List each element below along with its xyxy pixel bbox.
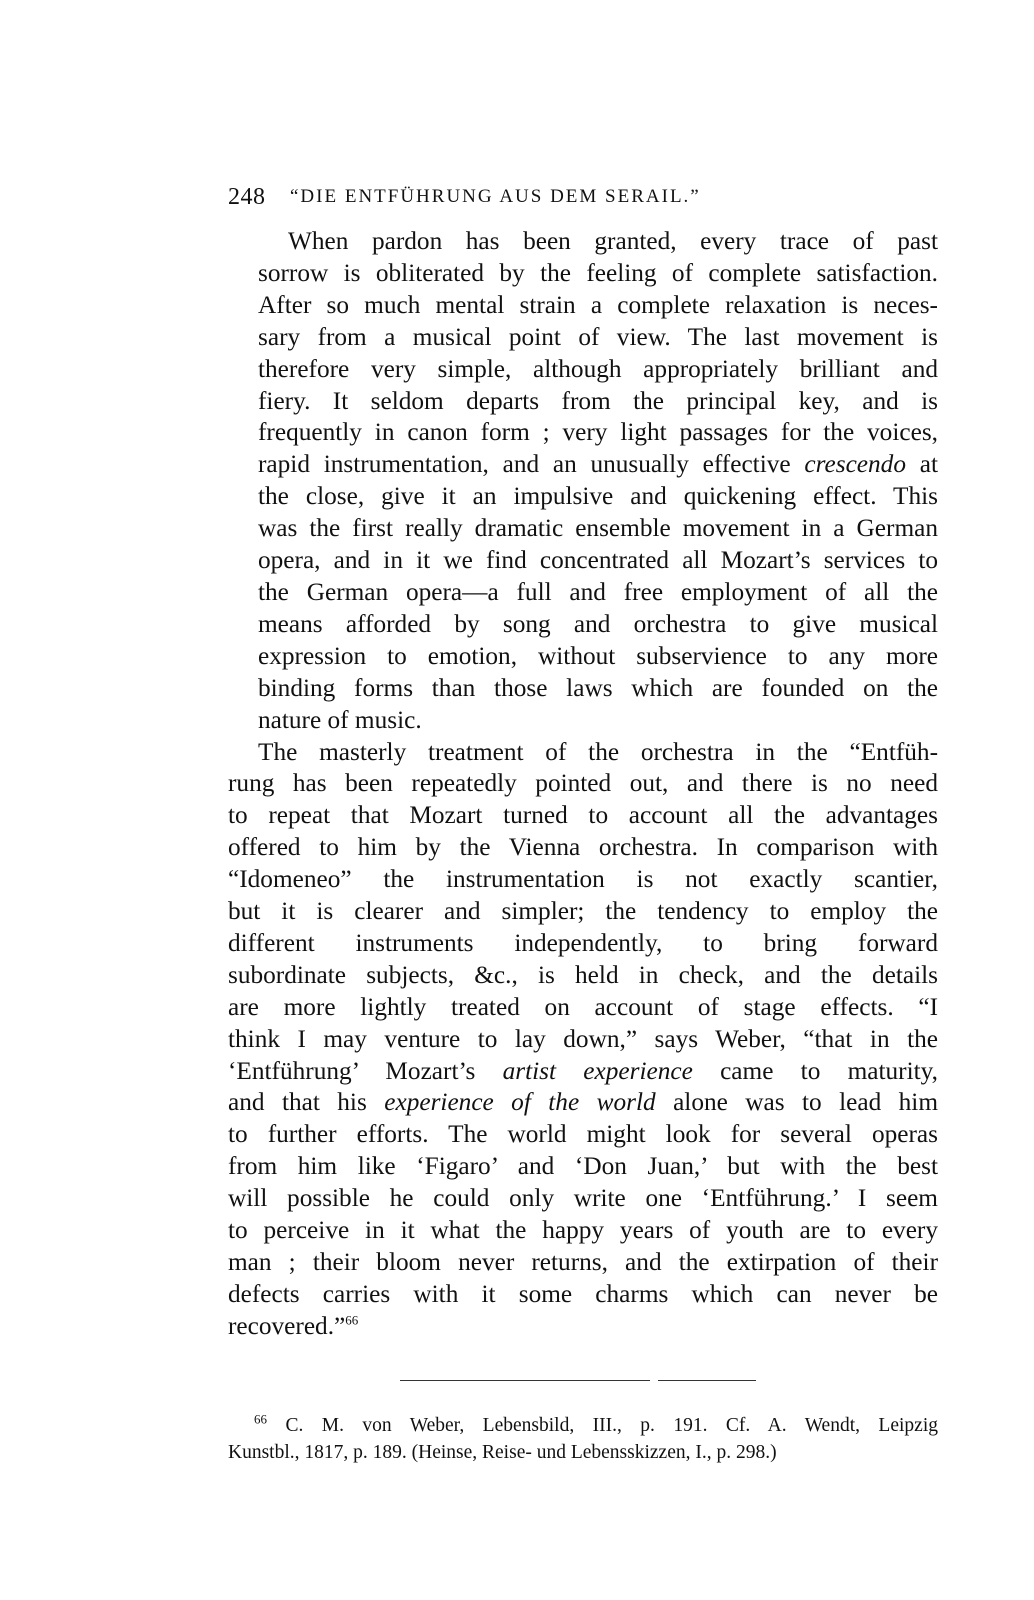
footnote-reference[interactable]: 66 bbox=[345, 1312, 358, 1327]
text-line: expression to emotion, without subservie… bbox=[228, 641, 938, 673]
page-number: 248 bbox=[228, 184, 266, 211]
footnote: 66 C. M. von Weber, Lebensbild, III., p.… bbox=[228, 1412, 938, 1466]
footnote-divider bbox=[400, 1380, 650, 1381]
text-line: binding forms than those laws which are … bbox=[228, 673, 938, 705]
text-line: recovered.” bbox=[228, 1312, 345, 1340]
text-line-with-footnote-ref: recovered.”66 bbox=[228, 1311, 938, 1343]
text-line: frequently in canon form ; very light pa… bbox=[228, 417, 938, 449]
text-line: the German opera—a full and free employm… bbox=[228, 577, 938, 609]
text-line: sary from a musical point of view. The l… bbox=[228, 322, 938, 354]
text-line: When pardon has been granted, every trac… bbox=[228, 226, 938, 258]
italic-emphasis: experience of the world bbox=[384, 1088, 655, 1116]
footnote-text: C. M. von Weber, Lebensbild, III., p. 19… bbox=[285, 1415, 938, 1436]
text-line: rung has been repeatedly pointed out, an… bbox=[228, 768, 938, 800]
text-line: sorrow is obliterated by the feeling of … bbox=[228, 258, 938, 290]
italic-emphasis: crescendo bbox=[804, 450, 906, 478]
text-line: offered to him by the Vienna orchestra. … bbox=[228, 832, 938, 864]
text-line: ‘Entführung’ Mozart’s artist experience … bbox=[228, 1056, 938, 1088]
footnote-line: 66 C. M. von Weber, Lebensbild, III., p.… bbox=[228, 1412, 938, 1439]
text-line: different instruments independently, to … bbox=[228, 928, 938, 960]
text-line: defects carries with it some charms whic… bbox=[228, 1279, 938, 1311]
text-line: to further efforts. The world might look… bbox=[228, 1119, 938, 1151]
text-line: are more lightly treated on account of s… bbox=[228, 992, 938, 1024]
text-line: and that his experience of the world alo… bbox=[228, 1087, 938, 1119]
text-line: man ; their bloom never returns, and the… bbox=[228, 1247, 938, 1279]
paragraph-2: The masterly treatment of the orchestra … bbox=[228, 737, 938, 1343]
text-line: therefore very simple, although appropri… bbox=[228, 354, 938, 386]
paragraph-1: When pardon has been granted, every trac… bbox=[228, 226, 938, 737]
text-line: The masterly treatment of the orchestra … bbox=[228, 737, 938, 769]
text-line: nature of music. bbox=[228, 705, 938, 737]
text-line: After so much mental strain a complete r… bbox=[228, 290, 938, 322]
text-line: will possible he could only write one ‘E… bbox=[228, 1183, 938, 1215]
body-text: When pardon has been granted, every trac… bbox=[228, 226, 938, 1343]
footnote-divider-segment bbox=[658, 1380, 756, 1381]
footnote-line: Kunstbl., 1817, p. 189. (Heinse, Reise- … bbox=[228, 1439, 938, 1466]
text-line: from him like ‘Figaro’ and ‘Don Juan,’ b… bbox=[228, 1151, 938, 1183]
text-line: to perceive in it what the happy years o… bbox=[228, 1215, 938, 1247]
text-line: but it is clearer and simpler; the tende… bbox=[228, 896, 938, 928]
text-line: rapid instrumentation, and an unusually … bbox=[228, 449, 938, 481]
text-line: subordinate subjects, &c., is held in ch… bbox=[228, 960, 938, 992]
text-line: fiery. It seldom departs from the princi… bbox=[228, 386, 938, 418]
text-line: “Idomeneo” the instrumentation is not ex… bbox=[228, 864, 938, 896]
book-page: 248 “DIE ENTFÜHRUNG AUS DEM SERAIL.” Whe… bbox=[0, 0, 1034, 1600]
text-line: the close, give it an impulsive and quic… bbox=[228, 481, 938, 513]
text-line: think I may venture to lay down,” says W… bbox=[228, 1024, 938, 1056]
italic-emphasis: artist experience bbox=[503, 1057, 693, 1085]
text-line: to repeat that Mozart turned to account … bbox=[228, 800, 938, 832]
footnote-marker: 66 bbox=[254, 1412, 267, 1427]
text-line: opera, and in it we find concentrated al… bbox=[228, 545, 938, 577]
text-line: was the first really dramatic ensemble m… bbox=[228, 513, 938, 545]
running-title: “DIE ENTFÜHRUNG AUS DEM SERAIL.” bbox=[290, 186, 701, 208]
text-line: means afforded by song and orchestra to … bbox=[228, 609, 938, 641]
